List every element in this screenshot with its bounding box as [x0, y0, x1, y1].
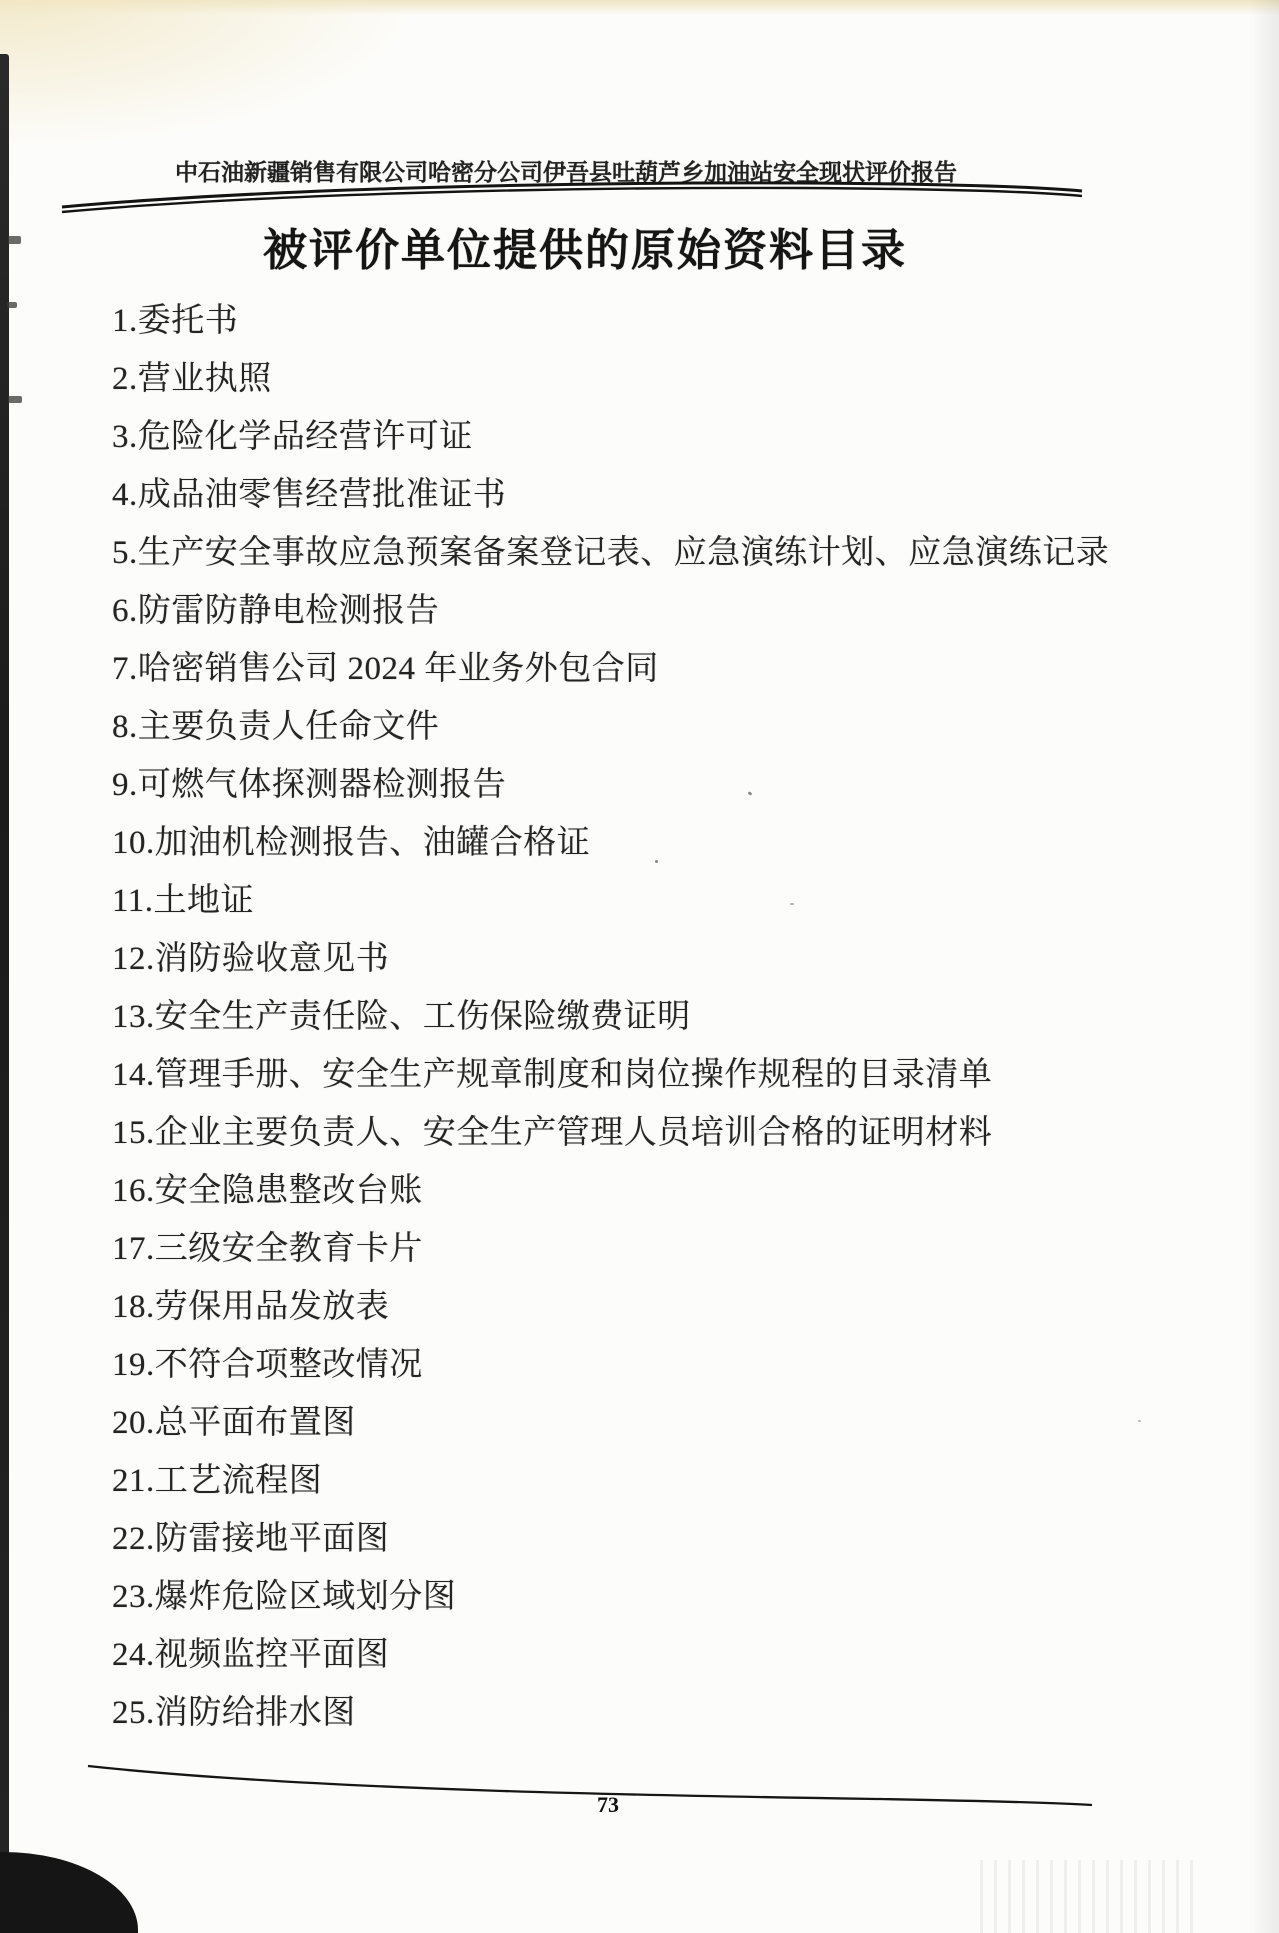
header-double-rule — [62, 183, 1082, 212]
list-item-13: 13.安全生产责任险、工伤保险缴费证明 — [112, 984, 1252, 1042]
list-item-1: 1.委托书 — [112, 288, 1252, 346]
list-item-5: 5.生产安全事故应急预案备案登记表、应急演练计划、应急演练记录 — [112, 520, 1252, 578]
scan-artifact — [7, 302, 17, 308]
page-number: 73 — [578, 1792, 638, 1818]
list-item-4: 4.成品油零售经营批准证书 — [112, 462, 1252, 520]
list-item-14: 14.管理手册、安全生产规章制度和岗位操作规程的目录清单 — [112, 1042, 1252, 1100]
scan-topleft-tint — [0, 0, 420, 150]
scanned-document-page: 中石油新疆销售有限公司哈密分公司伊吾县吐葫芦乡加油站安全现状评价报告 被评价单位… — [0, 0, 1279, 1933]
list-item-16: 16.安全隐患整改台账 — [112, 1158, 1252, 1216]
list-item-3: 3.危险化学品经营许可证 — [112, 404, 1252, 462]
list-item-11: 11.土地证 — [112, 868, 1252, 926]
list-item-18: 18.劳保用品发放表 — [112, 1274, 1252, 1332]
list-item-22: 22.防雷接地平面图 — [112, 1506, 1252, 1564]
document-title: 被评价单位提供的原始资料目录 — [0, 214, 1170, 278]
page-corner-shadow — [0, 1852, 138, 1933]
scan-artifact — [8, 396, 22, 403]
list-item-7: 7.哈密销售公司 2024 年业务外包合同 — [112, 636, 1252, 694]
list-item-19: 19.不符合项整改情况 — [112, 1332, 1252, 1390]
scan-smudge — [980, 1860, 1200, 1933]
page-header-title: 中石油新疆销售有限公司哈密分公司伊吾县吐葫芦乡加油站安全现状评价报告 — [175, 154, 957, 187]
materials-list: 1.委托书 2.营业执照 3.危险化学品经营许可证 4.成品油零售经营批准证书 … — [112, 288, 1252, 1738]
scan-binding-edge — [0, 54, 9, 1876]
list-item-20: 20.总平面布置图 — [112, 1390, 1252, 1448]
list-item-17: 17.三级安全教育卡片 — [112, 1216, 1252, 1274]
list-item-15: 15.企业主要负责人、安全生产管理人员培训合格的证明材料 — [112, 1100, 1252, 1158]
list-item-6: 6.防雷防静电检测报告 — [112, 578, 1252, 636]
list-item-2: 2.营业执照 — [112, 346, 1252, 404]
list-item-23: 23.爆炸危险区域划分图 — [112, 1564, 1252, 1622]
list-item-8: 8.主要负责人任命文件 — [112, 694, 1252, 752]
list-item-9: 9.可燃气体探测器检测报告 — [112, 752, 1252, 810]
list-item-21: 21.工艺流程图 — [112, 1448, 1252, 1506]
page-curl-shadow — [1249, 0, 1279, 1933]
list-item-10: 10.加油机检测报告、油罐合格证 — [112, 810, 1252, 868]
list-item-12: 12.消防验收意见书 — [112, 926, 1252, 984]
list-item-25: 25.消防给排水图 — [112, 1680, 1252, 1738]
list-item-24: 24.视频监控平面图 — [112, 1622, 1252, 1680]
